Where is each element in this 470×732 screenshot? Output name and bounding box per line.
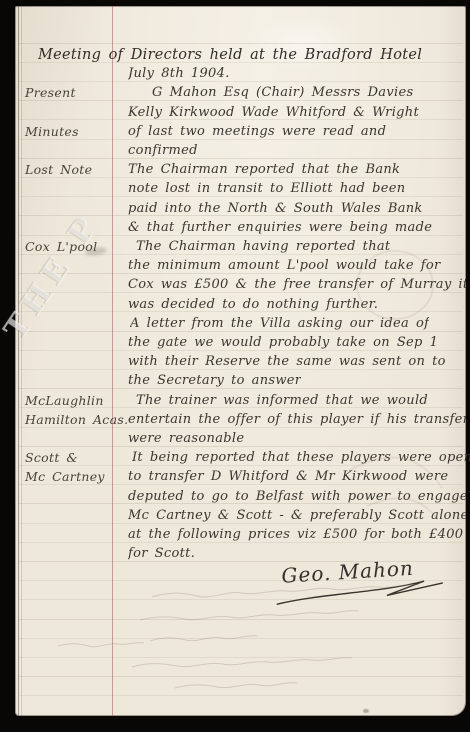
manuscript-line: July 8th 1904. — [15, 66, 466, 83]
manuscript-line: were reasonable — [15, 431, 466, 448]
manuscript-line: McLaughlinThe trainer was informed that … — [15, 393, 466, 410]
body-text: was decided to do nothing further. — [128, 297, 378, 313]
body-text: for Scott. — [128, 546, 195, 562]
body-text: Cox was £500 & the free transfer of Murr… — [128, 277, 466, 293]
body-text: with their Reserve the same was sent on … — [128, 354, 446, 370]
manuscript-line: was decided to do nothing further. — [15, 297, 466, 314]
manuscript-line: Minutesof last two meetings were read an… — [15, 124, 466, 141]
body-text: note lost in transit to Elliott had been — [128, 181, 405, 197]
manuscript-line: & that further enquiries were being made — [15, 220, 466, 237]
ruled-line — [18, 43, 463, 44]
body-text: to transfer D Whitford & Mr Kirkwood wer… — [128, 469, 448, 485]
ledger-page: THE P Meeting of Directors held at the B… — [15, 6, 466, 716]
ruled-line — [18, 619, 463, 620]
ruled-line — [18, 676, 463, 677]
manuscript-line: deputed to go to Belfast with power to e… — [15, 489, 466, 506]
margin-note: McLaughlin — [25, 393, 104, 409]
manuscript-line: Cox L'poolThe Chairman having reported t… — [15, 239, 466, 256]
body-text: the minimum amount L'pool would take for — [128, 258, 441, 274]
body-text: confirmed — [128, 143, 198, 159]
body-text: of last two meetings were read and — [128, 124, 386, 140]
body-text: entertain the offer of this player if hi… — [128, 412, 466, 428]
body-text: Kelly Kirkwood Wade Whitford & Wright — [128, 105, 419, 121]
body-text: & that further enquiries were being made — [128, 220, 432, 236]
body-text: were reasonable — [128, 431, 244, 447]
margin-note: Lost Note — [25, 162, 92, 178]
manuscript-line: Mc Cartney & Scott - & preferably Scott … — [15, 508, 466, 525]
manuscript-line: the Secretary to answer — [15, 373, 466, 390]
body-text: The Chairman reported that the Bank — [128, 162, 400, 178]
manuscript-line: the gate we would probably take on Sep 1 — [15, 335, 466, 352]
photo-frame: { "document": { "kind": "handwritten min… — [0, 0, 470, 732]
margin-note: Present — [25, 85, 76, 101]
body-text: The trainer was informed that we would — [136, 393, 428, 409]
body-text: The Chairman having reported that — [136, 239, 390, 255]
heading-line: Meeting of Directors held at the Bradfor… — [15, 47, 466, 64]
body-text: deputed to go to Belfast with power to e… — [128, 489, 466, 505]
ruled-line — [18, 695, 463, 696]
manuscript-line: Kelly Kirkwood Wade Whitford & Wright — [15, 105, 466, 122]
body-text: the Secretary to answer — [128, 373, 301, 389]
manuscript-line: Mc Cartneyto transfer D Whitford & Mr Ki… — [15, 469, 466, 486]
manuscript-line: Scott &It being reported that these play… — [15, 450, 466, 467]
body-text: It being reported that these players wer… — [132, 450, 470, 466]
body-text: A letter from the Villa asking our idea … — [130, 316, 429, 332]
manuscript-line: confirmed — [15, 143, 466, 160]
ruled-line — [18, 657, 463, 658]
manuscript-line: note lost in transit to Elliott had been — [15, 181, 466, 198]
manuscript-line: Hamilton Acas.entertain the offer of thi… — [15, 412, 466, 429]
manuscript-line: Cox was £500 & the free transfer of Murr… — [15, 277, 466, 294]
body-text: G Mahon Esq (Chair) Messrs Davies — [152, 85, 413, 101]
heading-text: Meeting of Directors held at the Bradfor… — [38, 47, 422, 63]
pencil-smudge — [363, 709, 369, 713]
margin-note: Minutes — [25, 124, 79, 140]
margin-note: Scott & — [25, 450, 78, 466]
manuscript-line: paid into the North & South Wales Bank — [15, 201, 466, 218]
date-line: July 8th 1904. — [128, 66, 230, 82]
ruled-line — [18, 638, 463, 639]
manuscript-line: A letter from the Villa asking our idea … — [15, 316, 466, 333]
body-text: paid into the North & South Wales Bank — [128, 201, 423, 217]
body-text: at the following prices viz £500 for bot… — [128, 527, 463, 543]
manuscript-line: at the following prices viz £500 for bot… — [15, 527, 466, 544]
body-text: Mc Cartney & Scott - & preferably Scott … — [128, 508, 466, 524]
body-text: the gate we would probably take on Sep 1 — [128, 335, 438, 351]
manuscript-line: Lost NoteThe Chairman reported that the … — [15, 162, 466, 179]
margin-note: Mc Cartney — [25, 469, 105, 485]
manuscript-line: the minimum amount L'pool would take for — [15, 258, 466, 275]
manuscript-line: with their Reserve the same was sent on … — [15, 354, 466, 371]
margin-note: Hamilton Acas. — [25, 412, 128, 428]
manuscript-line: PresentG Mahon Esq (Chair) Messrs Davies — [15, 85, 466, 102]
